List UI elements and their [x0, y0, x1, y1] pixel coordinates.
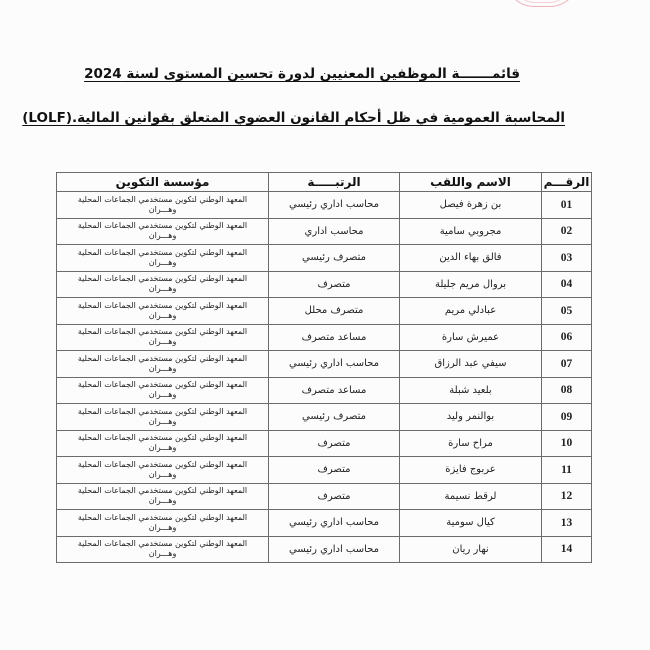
row-rank: محاسب اداري رئيسي — [269, 536, 400, 563]
table-row: 03 فالق بهاء الدين متصرف رئيسي المعهد ال… — [57, 245, 592, 272]
row-number: 01 — [542, 192, 592, 219]
header-rank: الرتبـــــة — [269, 173, 400, 192]
table-row: 09 بوالنمر وليد متصرف رئيسي المعهد الوطن… — [57, 404, 592, 431]
row-institution: المعهد الوطني لتكوين مستخدمي الجماعات ال… — [57, 324, 269, 351]
institution-line-1: المعهد الوطني لتكوين مستخدمي الجماعات ال… — [57, 195, 268, 205]
row-name: مراح سارة — [400, 430, 542, 457]
row-name: لرقط نسيمة — [400, 483, 542, 510]
row-name: فالق بهاء الدين — [400, 245, 542, 272]
header-name: الاسم واللقب — [400, 173, 542, 192]
row-name: عبادلي مريم — [400, 298, 542, 325]
row-rank: متصرف — [269, 457, 400, 484]
row-institution: المعهد الوطني لتكوين مستخدمي الجماعات ال… — [57, 245, 269, 272]
institution-line-1: المعهد الوطني لتكوين مستخدمي الجماعات ال… — [57, 539, 268, 549]
row-institution: المعهد الوطني لتكوين مستخدمي الجماعات ال… — [57, 351, 269, 378]
row-institution: المعهد الوطني لتكوين مستخدمي الجماعات ال… — [57, 510, 269, 537]
header-number: الرقـــم — [542, 173, 592, 192]
row-rank: محاسب اداري رئيسي — [269, 192, 400, 219]
row-number: 03 — [542, 245, 592, 272]
institution-line-1: المعهد الوطني لتكوين مستخدمي الجماعات ال… — [57, 248, 268, 258]
institution-line-2: وهـــران — [57, 205, 268, 215]
row-rank: متصرف — [269, 483, 400, 510]
row-number: 08 — [542, 377, 592, 404]
row-rank: متصرف رئيسي — [269, 245, 400, 272]
table-row: 02 مجروبي سامية محاسب اداري المعهد الوطن… — [57, 218, 592, 245]
row-name: عربوج فايزة — [400, 457, 542, 484]
table-row: 04 بروال مريم جليلة متصرف المعهد الوطني … — [57, 271, 592, 298]
row-number: 06 — [542, 324, 592, 351]
row-institution: المعهد الوطني لتكوين مستخدمي الجماعات ال… — [57, 457, 269, 484]
table-row: 01 بن زهرة فيصل محاسب اداري رئيسي المعهد… — [57, 192, 592, 219]
row-institution: المعهد الوطني لتكوين مستخدمي الجماعات ال… — [57, 377, 269, 404]
table-row: 12 لرقط نسيمة متصرف المعهد الوطني لتكوين… — [57, 483, 592, 510]
row-name: بروال مريم جليلة — [400, 271, 542, 298]
row-name: كيال سومية — [400, 510, 542, 537]
row-institution: المعهد الوطني لتكوين مستخدمي الجماعات ال… — [57, 483, 269, 510]
row-rank: محاسب اداري رئيسي — [269, 510, 400, 537]
table-row: 07 سيفي عبد الرزاق محاسب اداري رئيسي الم… — [57, 351, 592, 378]
row-name: نهار ريان — [400, 536, 542, 563]
row-number: 13 — [542, 510, 592, 537]
institution-line-2: وهـــران — [57, 523, 268, 533]
institution-line-2: وهـــران — [57, 231, 268, 241]
row-institution: المعهد الوطني لتكوين مستخدمي الجماعات ال… — [57, 404, 269, 431]
row-rank: متصرف محلل — [269, 298, 400, 325]
institution-line-2: وهـــران — [57, 311, 268, 321]
institution-line-2: وهـــران — [57, 284, 268, 294]
row-name: عميرش سارة — [400, 324, 542, 351]
row-number: 10 — [542, 430, 592, 457]
institution-line-2: وهـــران — [57, 470, 268, 480]
row-number: 11 — [542, 457, 592, 484]
row-number: 04 — [542, 271, 592, 298]
row-name: بوالنمر وليد — [400, 404, 542, 431]
row-name: بن زهرة فيصل — [400, 192, 542, 219]
institution-line-1: المعهد الوطني لتكوين مستخدمي الجماعات ال… — [57, 301, 268, 311]
row-number: 05 — [542, 298, 592, 325]
row-institution: المعهد الوطني لتكوين مستخدمي الجماعات ال… — [57, 536, 269, 563]
institution-line-1: المعهد الوطني لتكوين مستخدمي الجماعات ال… — [57, 221, 268, 231]
row-rank: متصرف — [269, 271, 400, 298]
institution-line-1: المعهد الوطني لتكوين مستخدمي الجماعات ال… — [57, 407, 268, 417]
institution-line-1: المعهد الوطني لتكوين مستخدمي الجماعات ال… — [57, 380, 268, 390]
row-rank: محاسب اداري رئيسي — [269, 351, 400, 378]
row-institution: المعهد الوطني لتكوين مستخدمي الجماعات ال… — [57, 430, 269, 457]
institution-line-2: وهـــران — [57, 390, 268, 400]
institution-line-1: المعهد الوطني لتكوين مستخدمي الجماعات ال… — [57, 513, 268, 523]
institution-line-1: المعهد الوطني لتكوين مستخدمي الجماعات ال… — [57, 354, 268, 364]
row-rank: متصرف — [269, 430, 400, 457]
row-institution: المعهد الوطني لتكوين مستخدمي الجماعات ال… — [57, 271, 269, 298]
institution-line-2: وهـــران — [57, 337, 268, 347]
institution-line-2: وهـــران — [57, 417, 268, 427]
institution-line-2: وهـــران — [57, 496, 268, 506]
row-institution: المعهد الوطني لتكوين مستخدمي الجماعات ال… — [57, 192, 269, 219]
row-name: سيفي عبد الرزاق — [400, 351, 542, 378]
table-row: 14 نهار ريان محاسب اداري رئيسي المعهد ال… — [57, 536, 592, 563]
institution-line-1: المعهد الوطني لتكوين مستخدمي الجماعات ال… — [57, 460, 268, 470]
row-institution: المعهد الوطني لتكوين مستخدمي الجماعات ال… — [57, 218, 269, 245]
row-number: 02 — [542, 218, 592, 245]
institution-line-1: المعهد الوطني لتكوين مستخدمي الجماعات ال… — [57, 433, 268, 443]
row-number: 07 — [542, 351, 592, 378]
document-title: قائمـــــــة الموظفين المعنيين لدورة تحس… — [130, 66, 520, 82]
row-number: 12 — [542, 483, 592, 510]
table-row: 13 كيال سومية محاسب اداري رئيسي المعهد ا… — [57, 510, 592, 537]
row-rank: مساعد متصرف — [269, 377, 400, 404]
institution-line-2: وهـــران — [57, 549, 268, 559]
row-number: 14 — [542, 536, 592, 563]
row-name: مجروبي سامية — [400, 218, 542, 245]
employee-roster-table: الرقـــم الاسم واللقب الرتبـــــة مؤسسة … — [56, 172, 592, 563]
document-subtitle: المحاسبة العمومية في ظل أحكام القانون ال… — [22, 110, 565, 126]
table-row: 08 بلعيد شبلة مساعد متصرف المعهد الوطني … — [57, 377, 592, 404]
row-rank: متصرف رئيسي — [269, 404, 400, 431]
row-rank: محاسب اداري — [269, 218, 400, 245]
table-row: 05 عبادلي مريم متصرف محلل المعهد الوطني … — [57, 298, 592, 325]
institution-line-1: المعهد الوطني لتكوين مستخدمي الجماعات ال… — [57, 486, 268, 496]
table-row: 10 مراح سارة متصرف المعهد الوطني لتكوين … — [57, 430, 592, 457]
institution-line-2: وهـــران — [57, 364, 268, 374]
institution-line-2: وهـــران — [57, 258, 268, 268]
row-number: 09 — [542, 404, 592, 431]
header-institution: مؤسسة التكوين — [57, 173, 269, 192]
row-rank: مساعد متصرف — [269, 324, 400, 351]
institution-line-2: وهـــران — [57, 443, 268, 453]
institution-line-1: المعهد الوطني لتكوين مستخدمي الجماعات ال… — [57, 327, 268, 337]
row-name: بلعيد شبلة — [400, 377, 542, 404]
row-institution: المعهد الوطني لتكوين مستخدمي الجماعات ال… — [57, 298, 269, 325]
table-row: 06 عميرش سارة مساعد متصرف المعهد الوطني … — [57, 324, 592, 351]
table-row: 11 عربوج فايزة متصرف المعهد الوطني لتكوي… — [57, 457, 592, 484]
table-header-row: الرقـــم الاسم واللقب الرتبـــــة مؤسسة … — [57, 173, 592, 192]
institution-line-1: المعهد الوطني لتكوين مستخدمي الجماعات ال… — [57, 274, 268, 284]
